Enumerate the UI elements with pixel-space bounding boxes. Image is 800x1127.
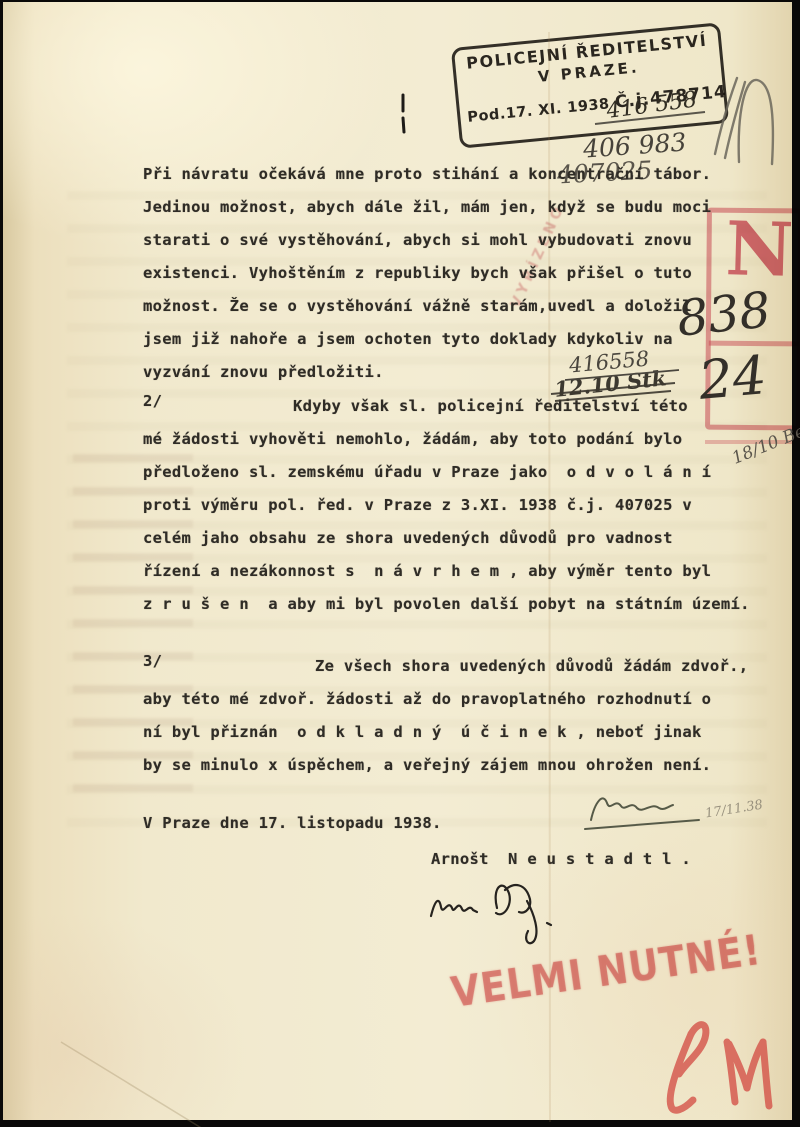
paragraph-2: Kdyby však sl. policejní ředitelství tét… <box>143 390 750 621</box>
typed-line: mé žádosti vyhověti nemohlo, žádám, aby … <box>143 423 750 456</box>
handwritten-signature <box>431 885 551 943</box>
typed-line: Jedinou možnost, abych dále žil, mám jen… <box>143 191 711 224</box>
typed-line: by se minulo x úspěchem, a veřejný zájem… <box>143 749 748 782</box>
paragraph-3: Ze všech shora uvedených důvodů žádám zd… <box>143 650 748 782</box>
red-crayon-initials <box>670 1025 769 1111</box>
typed-line: možnost. Že se o vystěhování vážně stará… <box>143 290 711 323</box>
typed-line: předloženo sl. zemskému úřadu v Praze ja… <box>143 456 750 489</box>
typed-line: z r u š e n a aby mi byl povolen další p… <box>143 588 750 621</box>
typed-line: vyzvání znovu předložiti. <box>143 356 711 389</box>
police-registry-stamp: POLICEJNÍ ŘEDITELSTVÍ V PRAZE. Pod.17. X… <box>451 22 729 148</box>
fold-crease-diagonal <box>61 1042 203 1127</box>
paper-sheet: POLICEJNÍ ŘEDITELSTVÍ V PRAZE. Pod.17. X… <box>3 2 792 1120</box>
typed-line: Ze všech shora uvedených důvodů žádám zd… <box>143 650 748 683</box>
typed-line: existenci. Vyhoštěním z republiky bych v… <box>143 257 711 290</box>
red-stamp-letter: N <box>724 206 794 294</box>
margin-tick-marks <box>403 95 404 132</box>
typed-line: Kdyby však sl. policejní ředitelství tét… <box>143 390 750 423</box>
typed-line: jsem již nahoře a jsem ochoten tyto dokl… <box>143 323 711 356</box>
typed-line: Při návratu očekává mne proto stihání a … <box>143 158 711 191</box>
typed-line: aby této mé zdvoř. žádosti až do pravopl… <box>143 683 748 716</box>
typed-line: celém jaho obsahu ze shora uvedených dův… <box>143 522 750 555</box>
paragraph-1: Při návratu očekává mne proto stihání a … <box>143 158 711 389</box>
typed-line: starati o své vystěhování, abych si mohl… <box>143 224 711 257</box>
typed-line: proti výměru pol. řed. v Praze z 3.XI. 1… <box>143 489 750 522</box>
typed-line: ní byl přiznán o d k l a d n ý ú č i n e… <box>143 716 748 749</box>
scanned-document: POLICEJNÍ ŘEDITELSTVÍ V PRAZE. Pod.17. X… <box>0 0 800 1127</box>
typed-line: řízení a nezákonnost s n á v r h e m , a… <box>143 555 750 588</box>
urgency-stamp: VELMI NUTNÉ! <box>448 926 764 1017</box>
dateline: V Praze dne 17. listopadu 1938. <box>143 814 442 832</box>
typed-signature-name: Arnošt N e u s t a d t l . <box>431 850 691 868</box>
stamp-date: Pod.17. XI. 1938 <box>467 96 616 126</box>
